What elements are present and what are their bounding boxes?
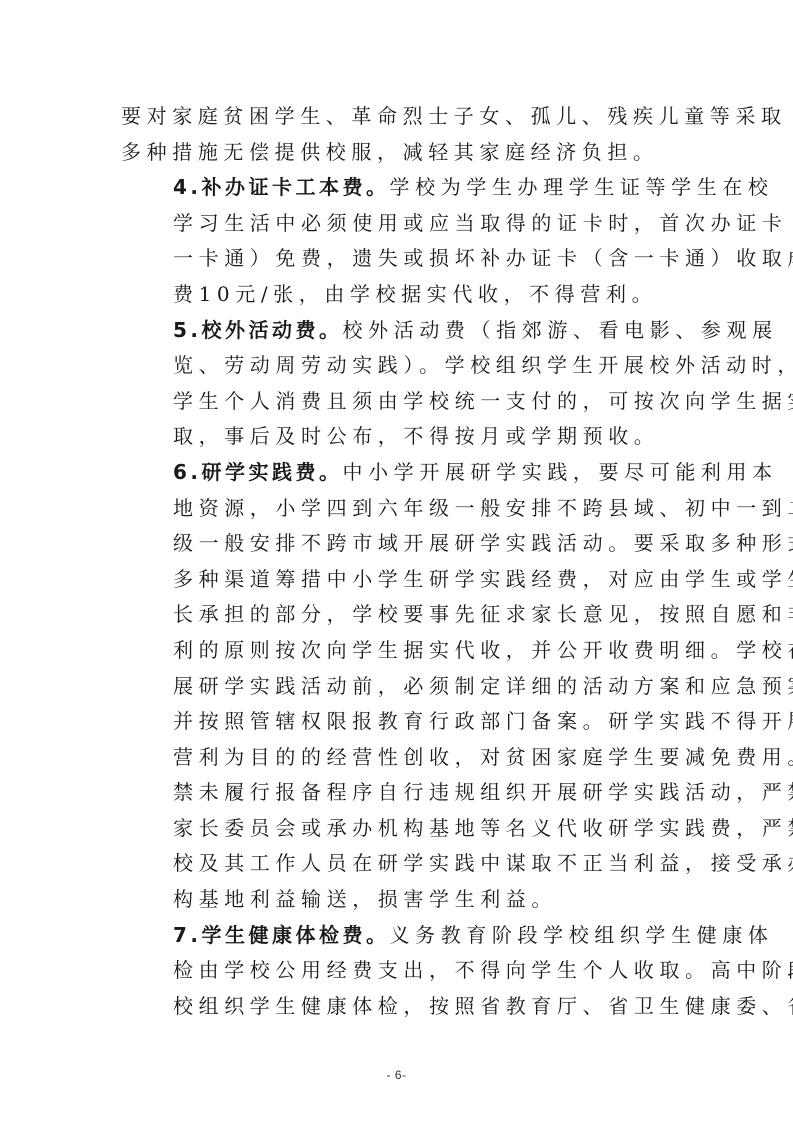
text-line: 义务教育阶段学校组织学生健康体 — [390, 923, 774, 947]
text-line: 费10元/张，由学校据实代收，不得营利。 — [121, 277, 677, 313]
document-page: 要对家庭贫困学生、革命烈士子女、孤儿、残疾儿童等采取 多种措施无偿提供校服，减轻… — [0, 0, 793, 1122]
text-line: 多种渠道筹措中小学生研学实践经费，对应由学生或学生家 — [121, 562, 677, 598]
paragraph-outdoor-activity-fee: 5.校外活动费。校外活动费（指郊游、看电影、参观展 览、劳动周劳动实践）。学校组… — [121, 313, 677, 455]
section-heading: 5.校外活动费。 — [173, 318, 343, 342]
text-line: 构基地利益输送，损害学生利益。 — [121, 882, 677, 918]
paragraph-school-uniform-continued: 要对家庭贫困学生、革命烈士子女、孤儿、残疾儿童等采取 多种措施无偿提供校服，减轻… — [121, 99, 677, 170]
document-body: 要对家庭贫困学生、革命烈士子女、孤儿、残疾儿童等采取 多种措施无偿提供校服，减轻… — [121, 99, 677, 1024]
text-line: 多种措施无偿提供校服，减轻其家庭经济负担。 — [121, 135, 677, 171]
text-line: 学校为学生办理学生证等学生在校 — [390, 175, 774, 199]
text-line: 校外活动费（指郊游、看电影、参观展 — [343, 318, 778, 342]
text-line: 展研学实践活动前，必须制定详细的活动方案和应急预案， — [121, 669, 677, 705]
text-line: 校组织学生健康体检，按照省教育厅、省卫生健康委、省医 — [121, 989, 677, 1025]
text-line: 中小学开展研学实践，要尽可能利用本 — [343, 460, 778, 484]
text-line: 并按照管辖权限报教育行政部门备案。研学实践不得开展以 — [121, 704, 677, 740]
text-line: 学习生活中必须使用或应当取得的证卡时，首次办证卡（含 — [121, 206, 677, 242]
text-line: 校及其工作人员在研学实践中谋取不正当利益，接受承办机 — [121, 846, 677, 882]
paragraph-study-practice-fee: 6.研学实践费。中小学开展研学实践，要尽可能利用本 地资源，小学四到六年级一般安… — [121, 455, 677, 918]
text-line: 检由学校公用经费支出，不得向学生个人收取。高中阶段学 — [121, 953, 677, 989]
paragraph-card-replacement-fee: 4.补办证卡工本费。学校为学生办理学生证等学生在校 学习生活中必须使用或应当取得… — [121, 170, 677, 312]
text-line: 取，事后及时公布，不得按月或学期预收。 — [121, 419, 677, 455]
paragraph-health-checkup-fee: 7.学生健康体检费。义务教育阶段学校组织学生健康体 检由学校公用经费支出，不得向… — [121, 918, 677, 1025]
section-heading: 7.学生健康体检费。 — [173, 923, 390, 947]
text-line: 一卡通）免费，遗失或损坏补办证卡（含一卡通）收取成本 — [121, 241, 677, 277]
text-line: 利的原则按次向学生据实代收，并公开收费明细。学校在开 — [121, 633, 677, 669]
text-line: 级一般安排不跨市域开展研学实践活动。要采取多种形式、 — [121, 526, 677, 562]
text-line: 览、劳动周劳动实践）。学校组织学生开展校外活动时，属 — [121, 348, 677, 384]
text-line: 地资源，小学四到六年级一般安排不跨县域、初中一到二年 — [121, 491, 677, 527]
page-number: - 6- — [0, 1068, 793, 1082]
section-heading: 4.补办证卡工本费。 — [173, 175, 390, 199]
text-line: 要对家庭贫困学生、革命烈士子女、孤儿、残疾儿童等采取 — [121, 99, 677, 135]
text-line: 家长委员会或承办机构基地等名义代收研学实践费，严禁学 — [121, 811, 677, 847]
text-line: 营利为目的的经营性创收，对贫困家庭学生要减免费用。严 — [121, 740, 677, 776]
text-line: 禁未履行报备程序自行违规组织开展研学实践活动，严禁以 — [121, 775, 677, 811]
text-line: 长承担的部分，学校要事先征求家长意见，按照自愿和非营 — [121, 597, 677, 633]
text-line: 学生个人消费且须由学校统一支付的，可按次向学生据实收 — [121, 384, 677, 420]
section-heading: 6.研学实践费。 — [173, 460, 343, 484]
